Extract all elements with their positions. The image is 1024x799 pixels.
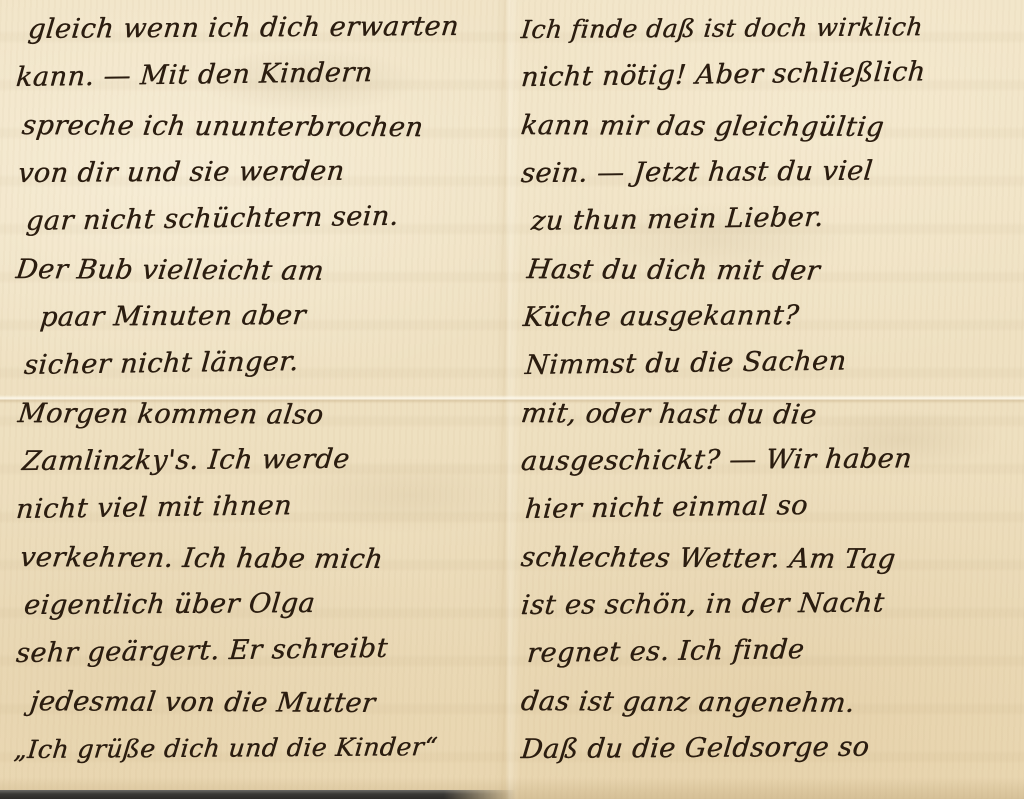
handwriting-line: kann mir das gleichgültig bbox=[518, 102, 1015, 153]
handwriting-line: kann. — Mit den Kindern bbox=[12, 47, 491, 102]
handwriting-line: sicher nicht länger. bbox=[12, 335, 491, 390]
handwriting-line: nicht viel mit ihnen bbox=[12, 479, 491, 534]
handwriting-line: Daß du die Geldsorge so bbox=[519, 723, 1015, 774]
handwriting-line: Nimmst du die Sachen bbox=[519, 335, 1014, 390]
handwriting-line: Hast du dich mit der bbox=[518, 246, 1015, 297]
handwriting-line: ausgeschickt? — Wir haben bbox=[519, 435, 1015, 486]
handwriting-line: verkehren. Ich habe mich bbox=[11, 534, 492, 584]
handwriting-line: ist es schön, in der Nacht bbox=[519, 579, 1015, 630]
handwriting-line: zu thun mein Lieber. bbox=[519, 191, 1014, 246]
handwriting-line: Küche ausgekannt? bbox=[519, 291, 1015, 342]
handwriting-line: gar nicht schüchtern sein. bbox=[12, 191, 491, 246]
handwriting-line: Ich finde daß ist doch wirklich bbox=[519, 3, 1015, 54]
letter-scan: gleich wenn ich dich erwarten kann. — Mi… bbox=[0, 0, 1024, 799]
handwriting-line: sehr geärgert. Er schreibt bbox=[12, 623, 491, 678]
handwriting-line: schlechtes Wetter. Am Tag bbox=[518, 534, 1015, 585]
letter-page-left: gleich wenn ich dich erwarten kann. — Mi… bbox=[0, 0, 505, 799]
handwriting-line: Der Bub vielleicht am bbox=[11, 246, 492, 296]
handwriting-line: regnet es. Ich finde bbox=[519, 623, 1014, 678]
handwriting-line: sein. — Jetzt hast du viel bbox=[519, 147, 1015, 198]
handwriting-line: gleich wenn ich dich erwarten bbox=[12, 3, 492, 54]
handwriting-line: hier nicht einmal so bbox=[519, 479, 1014, 534]
handwriting-line: spreche ich ununterbrochen bbox=[11, 102, 492, 152]
handwriting-line: paar Minuten aber bbox=[12, 291, 492, 342]
handwriting-line: das ist ganz angenehm. bbox=[518, 678, 1015, 729]
handwriting-line: eigentlich über Olga bbox=[12, 579, 492, 630]
letter-page-right: Ich finde daß ist doch wirklich nicht nö… bbox=[505, 0, 1024, 799]
handwriting-line: Morgen kommen also bbox=[11, 390, 492, 440]
handwriting-line: mit, oder hast du die bbox=[518, 390, 1015, 441]
handwriting-line: nicht nötig! Aber schließlich bbox=[519, 47, 1014, 102]
handwriting-line: von dir und sie werden bbox=[12, 147, 492, 198]
handwriting-line: jedesmal von die Mutter bbox=[11, 678, 492, 728]
handwriting-line: „Ich grüße dich und die Kinder“ bbox=[12, 723, 492, 774]
handwriting-line: Zamlinzky's. Ich werde bbox=[12, 435, 492, 486]
